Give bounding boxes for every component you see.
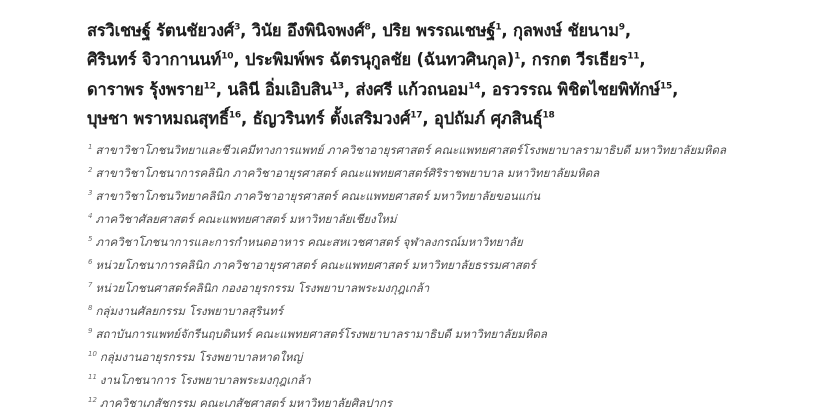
footnote: 6หน่วยโภชนาการคลินิก ภาควิชาอายุรศาสตร์ … bbox=[88, 254, 808, 277]
affiliation-footnotes: 1สาขาวิชาโภชนวิทยาและชีวเคมีทางการแพทย์ … bbox=[88, 139, 808, 415]
author-name: ปริย พรรณเชษฐ์ bbox=[382, 21, 495, 40]
footnote-number: 9 bbox=[88, 327, 92, 335]
author-name: ประพิมพ์พร ฉัตรนุกูลชัย (ฉันทวศินกุล) bbox=[245, 50, 514, 69]
footnote: 8กลุ่มงานศัลยกรรม โรงพยาบาลสุรินทร์ bbox=[88, 300, 808, 323]
author-name: กรกต วีรเธียร bbox=[532, 50, 627, 69]
footnote: 2สาขาวิชาโภชนาการคลินิก ภาควิชาอายุรศาสต… bbox=[88, 162, 808, 185]
footnote: 11งานโภชนาการ โรงพยาบาลพระมงกุฎเกล้า bbox=[88, 369, 808, 392]
author-line-3: ดาราพร รุ้งพราย12, นลินี อิ่มเอิบสิน13, … bbox=[87, 75, 807, 105]
footnote-number: 4 bbox=[88, 212, 92, 220]
footnote: 3สาขาวิชาโภชนวิทยาคลินิก ภาควิชาอายุรศาส… bbox=[88, 185, 808, 208]
author-name: บุษชา พราหมณสุทธิ์ bbox=[87, 109, 229, 128]
author-line-2: ศิรินทร์ จิวากานนท์10, ประพิมพ์พร ฉัตรนุ… bbox=[87, 45, 807, 75]
footnote-text: ภาควิชาเภสัชกรรม คณะเภสัชศาสตร์ มหาวิทยา… bbox=[100, 396, 392, 410]
separator: , bbox=[233, 50, 245, 69]
author-name: อุปถัมภ์ ศุภสินธุ์ bbox=[434, 109, 542, 128]
affiliation-ref: 11 bbox=[627, 52, 639, 62]
author-name: นลินี อิ่มเอิบสิน bbox=[227, 80, 331, 99]
affiliation-ref: 17 bbox=[410, 111, 422, 121]
separator: , bbox=[625, 21, 631, 40]
separator: , bbox=[216, 80, 228, 99]
author-name: สรวิเชษฐ์ รัตนชัยวงศ์ bbox=[87, 21, 234, 40]
author-name: ธัญวรินทร์ ตั้งเสริมวงศ์ bbox=[253, 109, 411, 128]
footnote-number: 7 bbox=[88, 281, 92, 289]
affiliation-ref: 18 bbox=[542, 111, 554, 121]
footnote-number: 8 bbox=[88, 304, 92, 312]
footnote-number: 10 bbox=[88, 350, 97, 358]
footnote-number: 1 bbox=[88, 143, 92, 151]
separator: , bbox=[240, 21, 252, 40]
footnote-text: สาขาวิชาโภชนวิทยาคลินิก ภาควิชาอายุรศาสต… bbox=[95, 189, 540, 203]
author-name: กุลพงษ์ ชัยนาม bbox=[513, 21, 619, 40]
footnote: 5ภาควิชาโภชนาการและการกำหนดอาหาร คณะสหเว… bbox=[88, 231, 808, 254]
footnote-text: หน่วยโภชนศาสตร์คลินิก กองอายุรกรรม โรงพย… bbox=[95, 281, 429, 295]
author-line-1: สรวิเชษฐ์ รัตนชัยวงศ์3, วินัย อึงพินิจพง… bbox=[87, 16, 807, 46]
footnote-text: กลุ่มงานอายุรกรรม โรงพยาบาลหาดใหญ่ bbox=[100, 350, 302, 364]
footnote-number: 6 bbox=[88, 258, 92, 266]
affiliation-ref: 15 bbox=[660, 81, 672, 91]
affiliation-ref: 13 bbox=[332, 81, 344, 91]
footnote-number: 5 bbox=[88, 235, 92, 243]
affiliation-ref: 16 bbox=[229, 111, 241, 121]
separator: , bbox=[672, 80, 678, 99]
footnote-text: สาขาวิชาโภชนวิทยาและชีวเคมีทางการแพทย์ ภ… bbox=[95, 143, 726, 157]
author-name: ดาราพร รุ้งพราย bbox=[87, 80, 204, 99]
separator: , bbox=[520, 50, 532, 69]
footnote: 10กลุ่มงานอายุรกรรม โรงพยาบาลหาดใหญ่ bbox=[88, 346, 808, 369]
separator: , bbox=[422, 109, 434, 128]
affiliation-ref: 14 bbox=[468, 81, 480, 91]
footnote-text: กลุ่มงานศัลยกรรม โรงพยาบาลสุรินทร์ bbox=[95, 304, 283, 318]
author-name: ส่งศรี แก้วถนอม bbox=[355, 80, 468, 99]
footnote-text: ภาควิชาโภชนาการและการกำหนดอาหาร คณะสหเวช… bbox=[95, 235, 522, 249]
document-page: สรวิเชษฐ์ รัตนชัยวงศ์3, วินัย อึงพินิจพง… bbox=[0, 0, 830, 415]
author-line-4: บุษชา พราหมณสุทธิ์16, ธัญวรินทร์ ตั้งเสร… bbox=[87, 104, 807, 134]
footnote-text: งานโภชนาการ โรงพยาบาลพระมงกุฎเกล้า bbox=[100, 373, 311, 387]
separator: , bbox=[241, 109, 253, 128]
separator: , bbox=[501, 21, 513, 40]
affiliation-ref: 10 bbox=[221, 52, 233, 62]
author-name: อรวรรณ พิชิตไชยพิทักษ์ bbox=[492, 80, 660, 99]
affiliation-ref: 12 bbox=[204, 81, 216, 91]
author-name: วินัย อึงพินิจพงศ์ bbox=[252, 21, 365, 40]
separator: , bbox=[371, 21, 383, 40]
separator: , bbox=[344, 80, 356, 99]
separator: , bbox=[480, 80, 492, 99]
footnote-text: ภาควิชาศัลยศาสตร์ คณะแพทยศาสตร์ มหาวิทยา… bbox=[95, 212, 396, 226]
footnote: 12ภาควิชาเภสัชกรรม คณะเภสัชศาสตร์ มหาวิท… bbox=[88, 392, 808, 415]
footnote-text: สาขาวิชาโภชนาการคลินิก ภาควิชาอายุรศาสตร… bbox=[95, 166, 599, 180]
footnote: 4ภาควิชาศัลยศาสตร์ คณะแพทยศาสตร์ มหาวิทย… bbox=[88, 208, 808, 231]
footnote-number: 11 bbox=[88, 373, 97, 381]
footnote: 7หน่วยโภชนศาสตร์คลินิก กองอายุรกรรม โรงพ… bbox=[88, 277, 808, 300]
author-line-cut-off bbox=[87, 0, 807, 16]
footnote-text: สถาบันการแพทย์จักรีนฤบดินทร์ คณะแพทยศาสต… bbox=[95, 327, 547, 341]
footnote-number: 12 bbox=[88, 396, 97, 404]
footnote: 1สาขาวิชาโภชนวิทยาและชีวเคมีทางการแพทย์ … bbox=[88, 139, 808, 162]
footnote-text: หน่วยโภชนาการคลินิก ภาควิชาอายุรศาสตร์ ค… bbox=[95, 258, 535, 272]
footnote-number: 2 bbox=[88, 166, 92, 174]
author-list: สรวิเชษฐ์ รัตนชัยวงศ์3, วินัย อึงพินิจพง… bbox=[87, 0, 807, 134]
author-name: ศิรินทร์ จิวากานนท์ bbox=[87, 50, 221, 69]
footnote-number: 3 bbox=[88, 189, 92, 197]
separator: , bbox=[639, 50, 645, 69]
footnote: 9สถาบันการแพทย์จักรีนฤบดินทร์ คณะแพทยศาส… bbox=[88, 323, 808, 346]
